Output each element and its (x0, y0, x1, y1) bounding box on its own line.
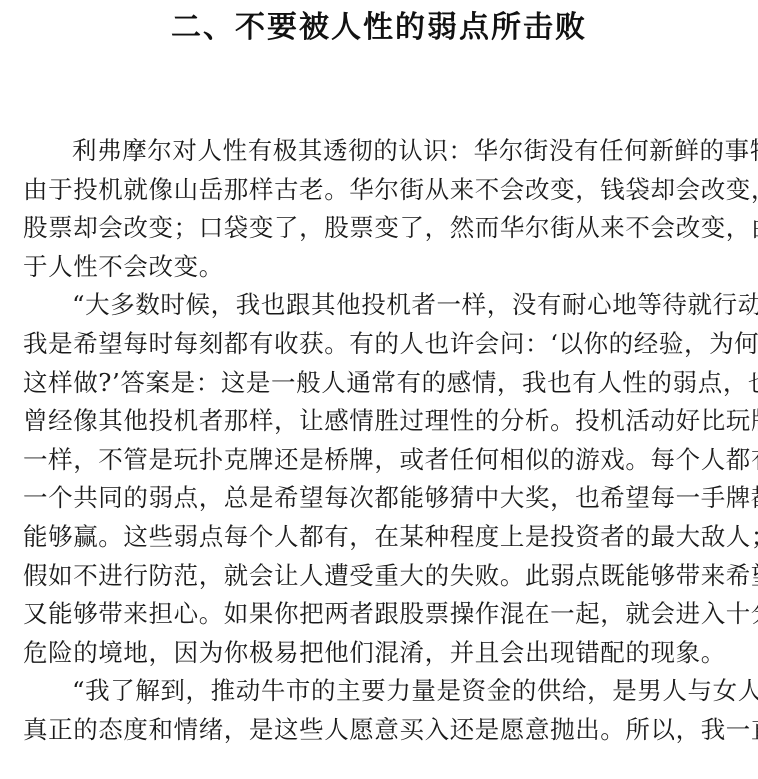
text-line: “我了解到，推动牛市的主要力量是资金的供给，是男人与女人的 (23, 672, 751, 711)
text-line: 危险的境地，因为你极易把他们混淆，并且会出现错配的现象。 (23, 634, 751, 673)
chapter-title: 二、不要被人性的弱点所击败 (0, 8, 758, 48)
text-line: 股票却会改变；口袋变了，股票变了，然而华尔街从来不会改变，由 (23, 209, 751, 248)
text-line: 曾经像其他投机者那样，让感情胜过理性的分析。投机活动好比玩牌 (23, 402, 751, 441)
text-line: 由于投机就像山岳那样古老。华尔街从来不会改变，钱袋却会改变， (23, 171, 751, 210)
text-line: 又能够带来担心。如果你把两者跟股票操作混在一起，就会进入十分 (23, 595, 751, 634)
text-line: 一样，不管是玩扑克牌还是桥牌，或者任何相似的游戏。每个人都有 (23, 441, 751, 480)
paragraph-3: “我了解到，推动牛市的主要力量是资金的供给，是男人与女人的 真正的态度和情绪，是… (23, 672, 751, 749)
body-text: 利弗摩尔对人性有极其透彻的认识：华尔街没有任何新鲜的事物， 由于投机就像山岳那样… (23, 132, 751, 750)
paragraph-1: 利弗摩尔对人性有极其透彻的认识：华尔街没有任何新鲜的事物， 由于投机就像山岳那样… (23, 132, 751, 286)
paragraph-2: “大多数时候，我也跟其他投机者一样，没有耐心地等待就行动。 我是希望每时每刻都有… (23, 286, 751, 672)
text-line: 利弗摩尔对人性有极其透彻的认识：华尔街没有任何新鲜的事物， (23, 132, 751, 171)
text-line: 一个共同的弱点，总是希望每次都能够猜中大奖，也希望每一手牌都 (23, 479, 751, 518)
text-line: 假如不进行防范，就会让人遭受重大的失败。此弱点既能够带来希望， (23, 557, 751, 596)
text-line: 我是希望每时每刻都有收获。有的人也许会问：‘以你的经验，为何会 (23, 325, 751, 364)
text-line: 于人性不会改变。 (23, 248, 751, 287)
text-line: 真正的态度和情绪，是这些人愿意买入还是愿意抛出。所以，我一直 (23, 711, 751, 750)
text-line: 这样做?’答案是：这是一般人通常有的感情，我也有人性的弱点，也 (23, 364, 751, 403)
text-line: “大多数时候，我也跟其他投机者一样，没有耐心地等待就行动。 (23, 286, 751, 325)
text-line: 能够赢。这些弱点每个人都有，在某种程度上是投资者的最大敌人； (23, 518, 751, 557)
